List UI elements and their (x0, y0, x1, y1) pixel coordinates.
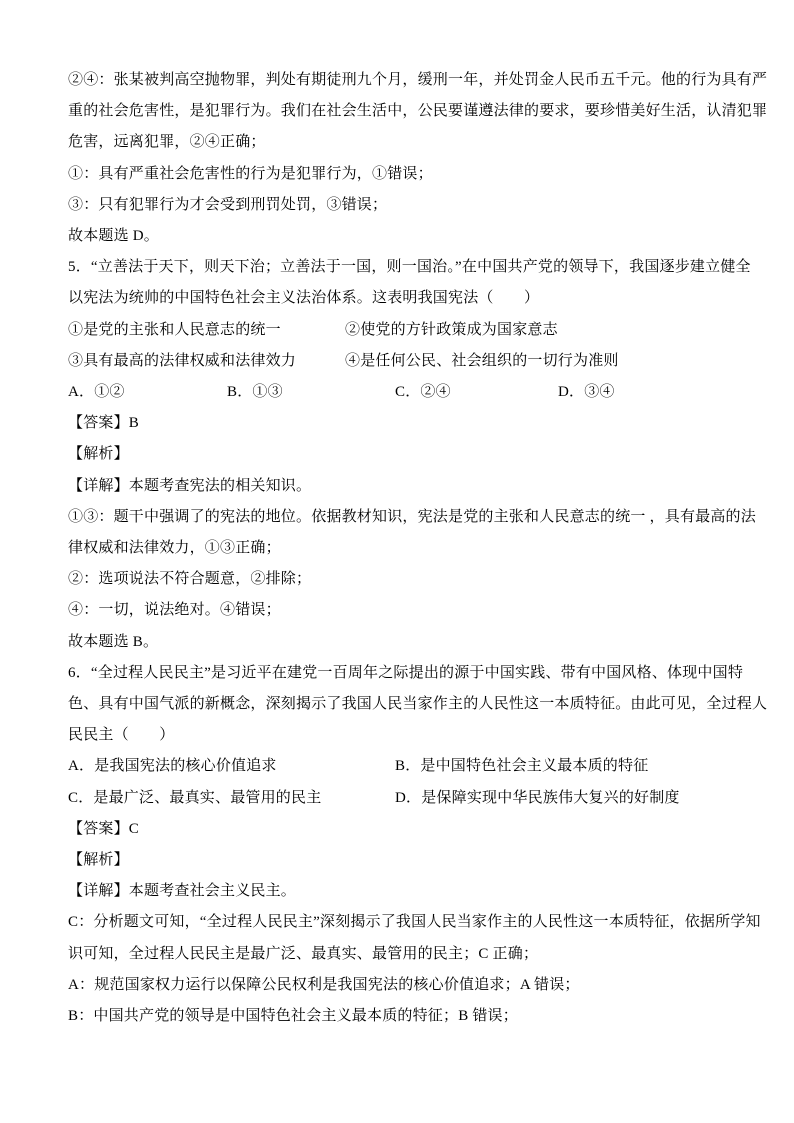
q5-statement-3: ③具有最高的法律权威和法律效力 (68, 346, 296, 377)
q5-statement-2: ②使党的方针政策成为国家意志 (345, 315, 558, 346)
q5-detail-intro: 【详解】本题考查宪法的相关知识。 (68, 471, 768, 502)
q6-choices-row-2: C．是最广泛、最真实、最管用的民主 D．是保障实现中华民族伟大复兴的好制度 (68, 783, 768, 814)
document-page: ②④：张某被判高空抛物罪，判处有期徒刑九个月，缓刑一年，并处罚金人民币五千元。他… (0, 0, 794, 1123)
q4-point-3: ③：只有犯罪行为才会受到刑罚处罚，③错误； (68, 190, 768, 221)
q5-choice-b: B．①③ (227, 377, 283, 408)
q5-statements-row-2: ③具有最高的法律权威和法律效力 ④是任何公民、社会组织的一切行为准则 (68, 346, 768, 377)
q6-detail-line-1: C：分析题文可知，“全过程人民民主”深刻揭示了我国人民当家作主的人民性这一本质特… (68, 907, 768, 938)
q5-choices-row: A．①② B．①③ C．②④ D．③④ (68, 377, 768, 408)
q5-stem-line-2: 以宪法为统帅的中国特色社会主义法治体系。这表明我国宪法（ ） (68, 283, 768, 314)
q5-point-2: ②：选项说法不符合题意，②排除； (68, 564, 768, 595)
q6-choice-a: A．是我国宪法的核心价值追求 (68, 751, 277, 782)
q5-detail-line-1: ①③：题干中强调了的宪法的地位。依据教材知识，宪法是党的主张和人民意志的统一 ，… (68, 502, 768, 533)
q5-detail-line-2: 律权威和法律效力，①③正确； (68, 533, 768, 564)
q6-stem-line-2: 色、具有中国气派的新概念，深刻揭示了我国人民当家作主的人民性这一本质特征。由此可… (68, 689, 768, 720)
q6-detail-line-2: 识可知，全过程人民民主是最广泛、最真实、最管用的民主；C 正确； (68, 939, 768, 970)
q5-statement-4: ④是任何公民、社会组织的一切行为准则 (345, 346, 619, 377)
q4-point-1: ①：具有严重社会危害性的行为是犯罪行为，①错误； (68, 159, 768, 190)
q5-analysis-label: 【解析】 (68, 439, 768, 470)
q6-detail-intro: 【详解】本题考查社会主义民主。 (68, 876, 768, 907)
q6-analysis-label: 【解析】 (68, 845, 768, 876)
q4-conclusion: 故本题选 D。 (68, 221, 768, 252)
q6-point-b: B：中国共产党的领导是中国特色社会主义最本质的特征；B 错误； (68, 1001, 768, 1032)
q4-detail-line-1: ②④：张某被判高空抛物罪，判处有期徒刑九个月，缓刑一年，并处罚金人民币五千元。他… (68, 65, 768, 96)
q5-point-4: ④：一切，说法绝对。④错误； (68, 595, 768, 626)
q6-stem-line-1: 6．“全过程人民民主”是习近平在建党一百周年之际提出的源于中国实践、带有中国风格… (68, 658, 768, 689)
q5-choice-d: D．③④ (558, 377, 615, 408)
q6-choices-row-1: A．是我国宪法的核心价值追求 B．是中国特色社会主义最本质的特征 (68, 751, 768, 782)
q5-choice-c: C．②④ (395, 377, 451, 408)
q5-statements-row-1: ①是党的主张和人民意志的统一 ②使党的方针政策成为国家意志 (68, 315, 768, 346)
q6-stem-line-3: 民民主（ ） (68, 720, 768, 751)
q6-choice-c: C．是最广泛、最真实、最管用的民主 (68, 783, 321, 814)
q6-choice-d: D．是保障实现中华民族伟大复兴的好制度 (395, 783, 680, 814)
q5-choice-a: A．①② (68, 377, 125, 408)
q6-choice-b: B．是中国特色社会主义最本质的特征 (395, 751, 648, 782)
q5-stem-line-1: 5．“立善法于天下，则天下治；立善法于一国，则一国治。”在中国共产党的领导下，我… (68, 252, 768, 283)
q4-detail-line-3: 危害，远离犯罪，②④正确； (68, 127, 768, 158)
q4-detail-line-2: 重的社会危害性，是犯罪行为。我们在社会生活中，公民要谨遵法律的要求，要珍惜美好生… (68, 96, 768, 127)
q6-point-a: A：规范国家权力运行以保障公民权利是我国宪法的核心价值追求；A 错误； (68, 970, 768, 1001)
q6-answer: 【答案】C (68, 814, 768, 845)
q5-statement-1: ①是党的主张和人民意志的统一 (68, 315, 281, 346)
q5-answer: 【答案】B (68, 408, 768, 439)
q5-conclusion: 故本题选 B。 (68, 627, 768, 658)
